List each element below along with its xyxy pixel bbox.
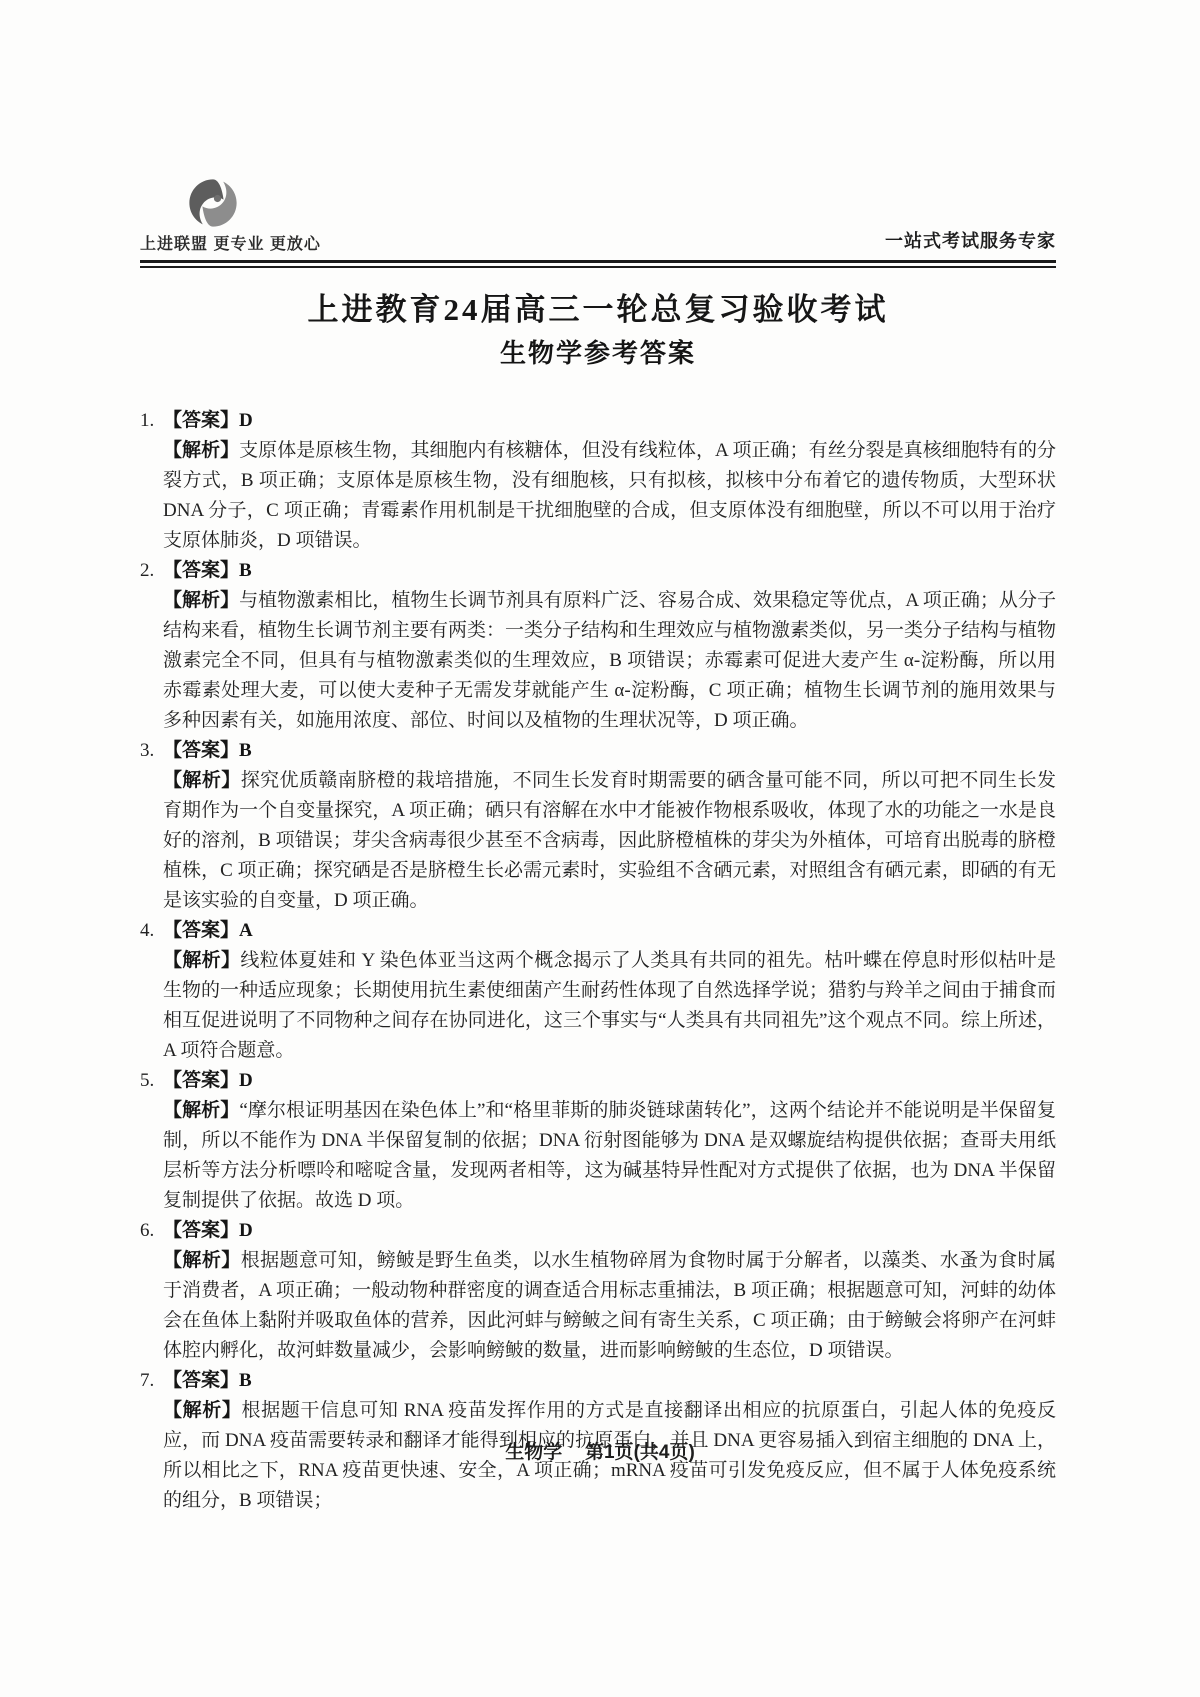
logo-tagline: 上进联盟 更专业 更放心 — [140, 231, 321, 254]
answer-line: 5.【答案】D — [140, 1066, 1056, 1096]
page-header: 上进联盟 更专业 更放心 一站式考试服务专家 — [140, 176, 1056, 254]
logo-icon — [140, 176, 321, 231]
analysis-text: 支原体是原核生物，其细胞内有核糖体，但没有线粒体，A 项正确；有丝分裂是真核细胞… — [163, 440, 1056, 551]
analysis-paragraph: 【解析】与植物激素相比，植物生长调节剂具有原料广泛、容易合成、效果稳定等优点，A… — [163, 586, 1056, 736]
analysis-paragraph: 【解析】根据题意可知，鳑鲏是野生鱼类，以水生植物碎屑为食物时属于分解者，以藻类、… — [163, 1246, 1056, 1366]
answer-label: 【答案】 — [163, 920, 239, 941]
answer-letter: B — [239, 560, 252, 581]
analysis-text: 与植物激素相比，植物生长调节剂具有原料广泛、容易合成、效果稳定等优点，A 项正确… — [163, 590, 1056, 731]
analysis-paragraph: 【解析】线粒体夏娃和 Y 染色体亚当这两个概念揭示了人类具有共同的祖先。枯叶蝶在… — [163, 946, 1056, 1066]
answer-line: 1.【答案】D — [140, 406, 1056, 436]
page-footer: 生物学第1页(共4页) — [0, 1437, 1200, 1464]
answer-letter: B — [239, 1370, 252, 1391]
analysis-label: 【解析】 — [163, 1400, 242, 1421]
analysis-paragraph: 【解析】探究优质赣南脐橙的栽培措施，不同生长发育时期需要的硒含量可能不同，所以可… — [163, 766, 1056, 916]
page-subtitle: 生物学参考答案 — [140, 333, 1056, 370]
question-number: 2. — [140, 556, 163, 586]
footer-page-number: 第1页(共4页) — [585, 1442, 695, 1463]
scanned-exam-page: 上进联盟 更专业 更放心 一站式考试服务专家 上进教育24届高三一轮总复习验收考… — [0, 0, 1200, 1516]
footer-subject: 生物学 — [505, 1442, 562, 1463]
question-number: 1. — [140, 406, 163, 436]
answer-item-2: 2.【答案】B 【解析】与植物激素相比，植物生长调节剂具有原料广泛、容易合成、效… — [140, 556, 1056, 736]
answer-letter: D — [239, 1070, 253, 1091]
answer-item-1: 1.【答案】D 【解析】支原体是原核生物，其细胞内有核糖体，但没有线粒体，A 项… — [140, 406, 1056, 556]
answer-line: 4.【答案】A — [140, 916, 1056, 946]
answer-line: 6.【答案】D — [140, 1216, 1056, 1246]
answers-list: 1.【答案】D 【解析】支原体是原核生物，其细胞内有核糖体，但没有线粒体，A 项… — [140, 406, 1056, 1516]
answer-line: 2.【答案】B — [140, 556, 1056, 586]
answer-letter: B — [239, 740, 252, 761]
analysis-label: 【解析】 — [163, 1100, 239, 1121]
analysis-label: 【解析】 — [163, 590, 239, 611]
analysis-paragraph: 【解析】“摩尔根证明基因在染色体上”和“格里菲斯的肺炎链球菌转化”，这两个结论并… — [163, 1096, 1056, 1216]
answer-item-4: 4.【答案】A 【解析】线粒体夏娃和 Y 染色体亚当这两个概念揭示了人类具有共同… — [140, 916, 1056, 1066]
answer-line: 7.【答案】B — [140, 1366, 1056, 1396]
analysis-text: 探究优质赣南脐橙的栽培措施，不同生长发育时期需要的硒含量可能不同，所以可把不同生… — [163, 770, 1056, 911]
analysis-text: 根据题意可知，鳑鲏是野生鱼类，以水生植物碎屑为食物时属于分解者，以藻类、水蚤为食… — [163, 1250, 1056, 1361]
answer-letter: D — [239, 1220, 253, 1241]
question-number: 3. — [140, 736, 163, 766]
answer-line: 3.【答案】B — [140, 736, 1056, 766]
question-number: 7. — [140, 1366, 163, 1396]
answer-letter: A — [239, 920, 253, 941]
answer-label: 【答案】 — [163, 560, 239, 581]
question-number: 6. — [140, 1216, 163, 1246]
question-number: 4. — [140, 916, 163, 946]
question-number: 5. — [140, 1066, 163, 1096]
analysis-label: 【解析】 — [163, 950, 240, 971]
answer-item-3: 3.【答案】B 【解析】探究优质赣南脐橙的栽培措施，不同生长发育时期需要的硒含量… — [140, 736, 1056, 916]
logo-block: 上进联盟 更专业 更放心 — [140, 176, 321, 254]
answer-label: 【答案】 — [163, 740, 239, 761]
answer-label: 【答案】 — [163, 1370, 239, 1391]
analysis-paragraph: 【解析】支原体是原核生物，其细胞内有核糖体，但没有线粒体，A 项正确；有丝分裂是… — [163, 436, 1056, 556]
analysis-text: “摩尔根证明基因在染色体上”和“格里菲斯的肺炎链球菌转化”，这两个结论并不能说明… — [163, 1100, 1056, 1211]
analysis-text: 线粒体夏娃和 Y 染色体亚当这两个概念揭示了人类具有共同的祖先。枯叶蝶在停息时形… — [163, 950, 1056, 1061]
answer-item-6: 6.【答案】D 【解析】根据题意可知，鳑鲏是野生鱼类，以水生植物碎屑为食物时属于… — [140, 1216, 1056, 1366]
answer-label: 【答案】 — [163, 1220, 239, 1241]
page-title: 上进教育24届高三一轮总复习验收考试 — [140, 284, 1056, 329]
answer-label: 【答案】 — [163, 1070, 239, 1091]
analysis-label: 【解析】 — [163, 440, 239, 461]
analysis-label: 【解析】 — [163, 770, 241, 791]
answer-item-5: 5.【答案】D 【解析】“摩尔根证明基因在染色体上”和“格里菲斯的肺炎链球菌转化… — [140, 1066, 1056, 1216]
answer-label: 【答案】 — [163, 410, 239, 431]
answer-letter: D — [239, 410, 253, 431]
header-divider — [140, 260, 1056, 268]
header-slogan: 一站式考试服务专家 — [885, 227, 1056, 254]
analysis-label: 【解析】 — [163, 1250, 241, 1271]
